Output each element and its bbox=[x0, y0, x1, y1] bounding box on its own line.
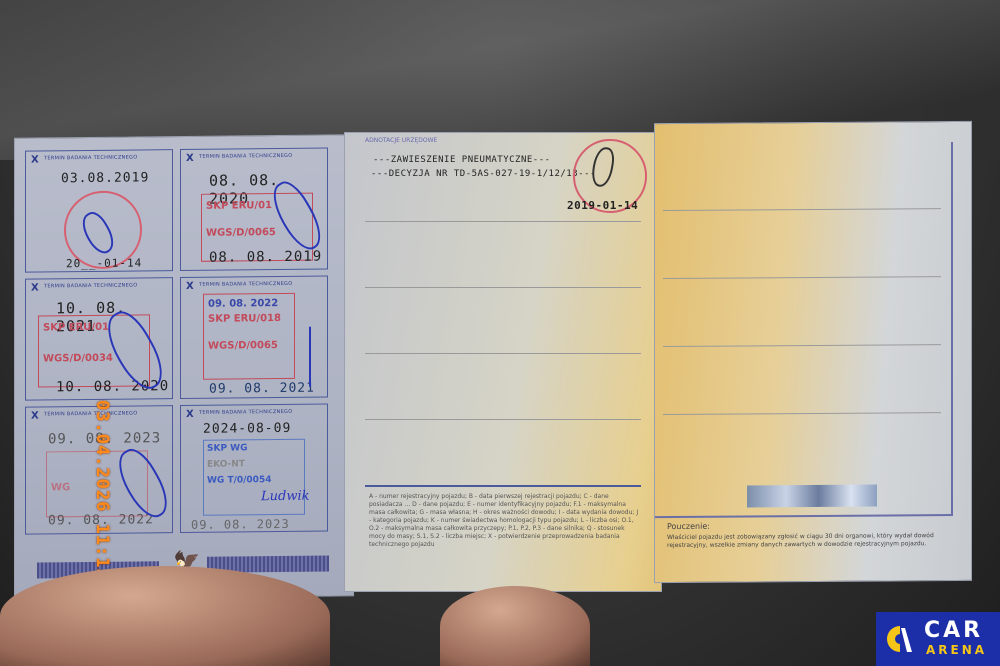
station-stamp: SKP WG EKO-NT WG T/0/0054 bbox=[203, 439, 305, 516]
signature bbox=[309, 327, 311, 387]
cell-header: TERMIN BADANIA TECHNICZNEGO bbox=[199, 153, 292, 160]
hand-thumb bbox=[440, 586, 590, 666]
stamp-date: 2019-01-14 bbox=[567, 199, 638, 212]
blank-page: Pouczenie: Właściciel pojazdu jest zobow… bbox=[654, 121, 972, 583]
cell-mark: X bbox=[186, 153, 194, 164]
ruled-line bbox=[365, 287, 641, 288]
page-frame bbox=[655, 142, 953, 518]
inspection-cell: X TERMIN BADANIA TECHNICZNEGO 03.08.2019… bbox=[25, 149, 173, 273]
cell-header: TERMIN BADANIA TECHNICZNEGO bbox=[44, 154, 137, 161]
cell-mark: X bbox=[31, 155, 39, 166]
annotation-line: ---DECYZJA NR TD-5AS-027-19-1/12/13--- bbox=[371, 169, 596, 179]
stamp-date: 20__-01-14 bbox=[66, 256, 142, 270]
ruled-line bbox=[365, 353, 641, 354]
cell-mark: X bbox=[186, 281, 194, 292]
ruled-line bbox=[365, 485, 641, 487]
notice-text: Właściciel pojazdu jest zobowiązany zgło… bbox=[667, 532, 937, 550]
inspection-date: 2024-08-09 bbox=[203, 421, 291, 437]
inspection-date: 03.08.2019 bbox=[61, 170, 149, 186]
cell-header: TERMIN BADANIA TECHNICZNEGO bbox=[199, 281, 292, 288]
stamp-line: SKP ERU/018 bbox=[204, 313, 294, 325]
ruled-line bbox=[365, 419, 641, 420]
cell-mark: X bbox=[31, 411, 39, 422]
cell-mark: X bbox=[186, 409, 194, 420]
inspection-cell: X TERMIN BADANIA TECHNICZNEGO 08. 08. 20… bbox=[180, 147, 328, 271]
annotation-line: ---ZAWIESZENIE PNEUMATYCZNE--- bbox=[373, 155, 551, 165]
inspection-date: 09. 08. 2022 bbox=[204, 294, 294, 314]
stamp-line: EKO-NT bbox=[204, 456, 304, 473]
inspection-cell: X TERMIN BADANIA TECHNICZNEGO 09. 08. 20… bbox=[180, 275, 328, 399]
stamp-line: WGS/D/0065 bbox=[204, 324, 294, 352]
page-header: ADNOTACJE URZĘDOWE bbox=[365, 137, 437, 145]
hand-fingers bbox=[0, 566, 330, 666]
inspection-page: X TERMIN BADANIA TECHNICZNEGO 03.08.2019… bbox=[14, 134, 354, 600]
cell-header: TERMIN BADANIA TECHNICZNEGO bbox=[44, 410, 137, 417]
cell-mark: X bbox=[31, 283, 39, 294]
stamp-date: 09. 08. 2023 bbox=[191, 517, 290, 532]
logo-text-car: CAR bbox=[924, 618, 983, 643]
cell-header: TERMIN BADANIA TECHNICZNEGO bbox=[44, 282, 137, 289]
ruled-line bbox=[365, 221, 641, 222]
signature: Ludwik bbox=[261, 489, 310, 505]
stamp-date: 08. 08. 2019 bbox=[209, 249, 322, 266]
car-arena-watermark: CAR ARENA bbox=[876, 612, 1000, 666]
cell-header: TERMIN BADANIA TECHNICZNEGO bbox=[199, 409, 292, 416]
stamp-line: SKP WG bbox=[204, 440, 304, 457]
camera-timestamp: 03.04.2026 11:12 bbox=[92, 400, 112, 580]
official-annotations-page: ADNOTACJE URZĘDOWE ---ZAWIESZENIE PNEUMA… bbox=[344, 132, 662, 592]
inspection-cell: X TERMIN BADANIA TECHNICZNEGO 2024-08-09… bbox=[180, 403, 328, 533]
stamp-line: WG T/0/0054 bbox=[204, 472, 304, 489]
station-stamp: 09. 08. 2022 SKP ERU/018 WGS/D/0065 bbox=[203, 293, 295, 380]
car-arena-logo-icon bbox=[886, 624, 912, 654]
hologram bbox=[747, 485, 877, 508]
registration-document: X TERMIN BADANIA TECHNICZNEGO 03.08.2019… bbox=[14, 122, 972, 600]
field-legend: A - numer rejestracyjny pojazdu; B - dat… bbox=[369, 493, 639, 583]
inspection-cell: X TERMIN BADANIA TECHNICZNEGO 10. 08. 20… bbox=[25, 277, 173, 401]
logo-text-arena: ARENA bbox=[926, 643, 987, 657]
notice-title: Pouczenie: bbox=[667, 522, 710, 531]
stamp-date: 09. 08. 2021 bbox=[209, 381, 315, 397]
